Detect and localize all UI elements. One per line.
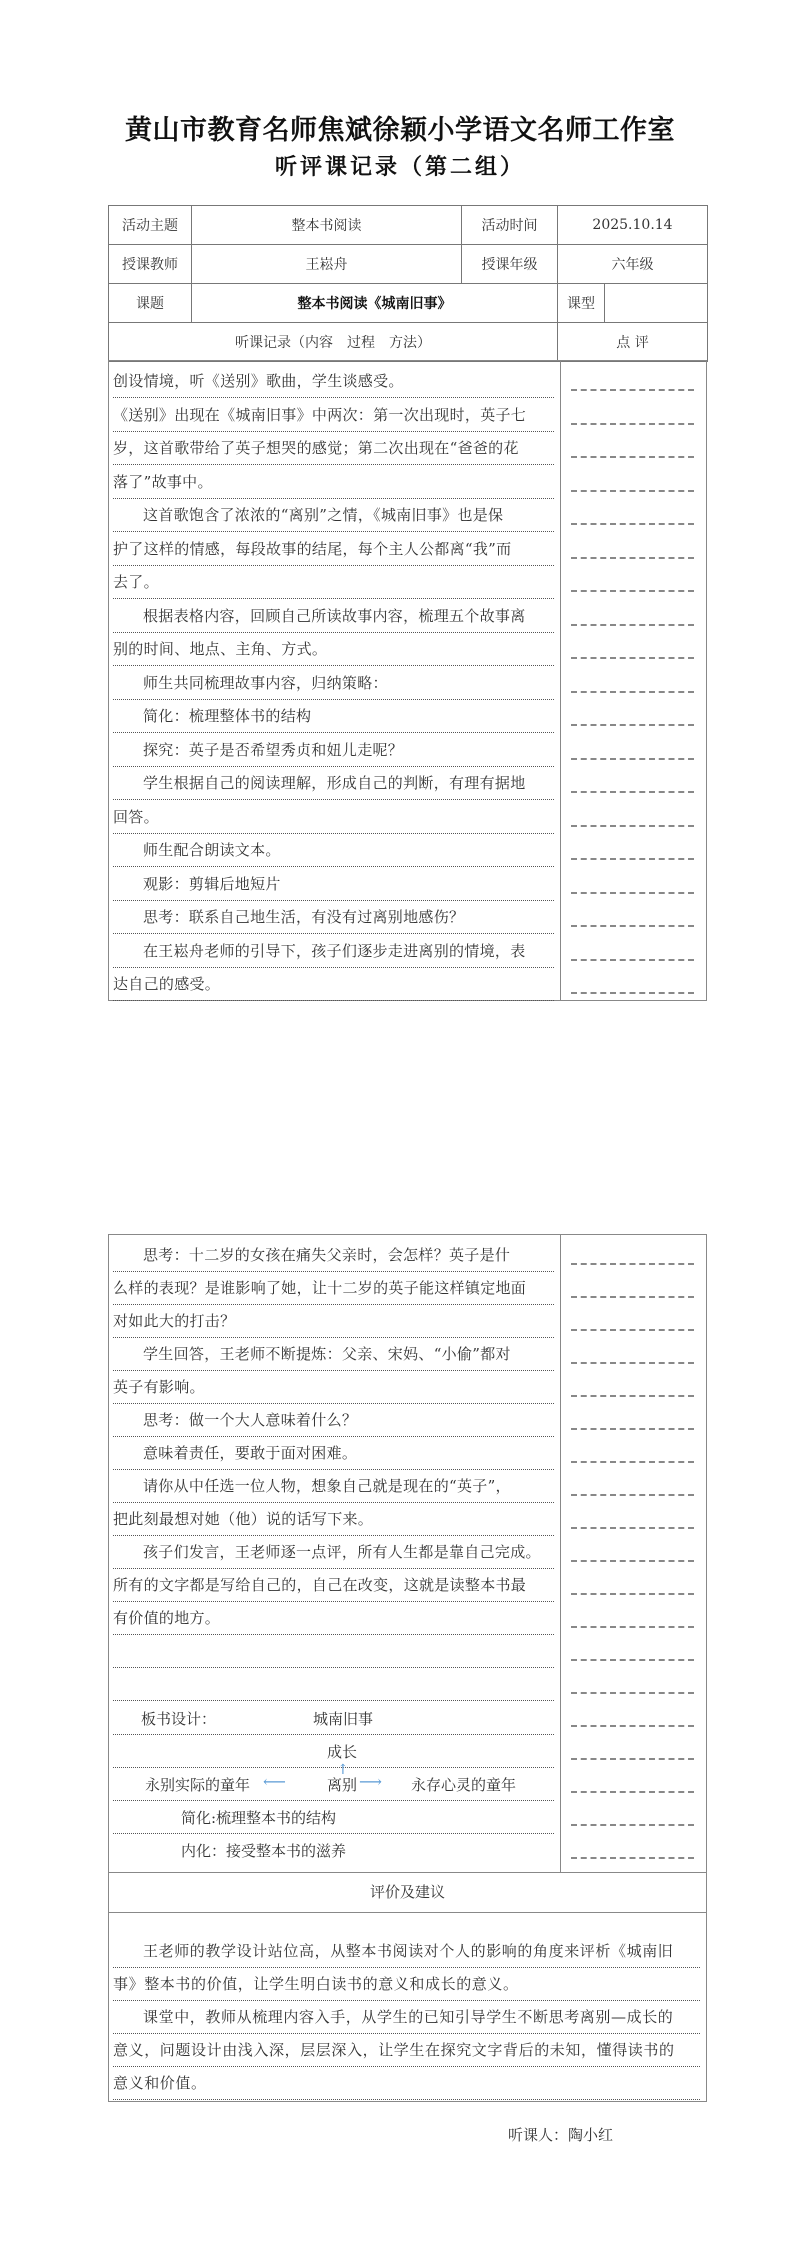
document-title: 黄山市教育名师焦斌徐颖小学语文名师工作室 [0, 108, 800, 147]
comment-blank-line [571, 1428, 694, 1430]
comment-blank-line [571, 1692, 694, 1694]
record-line [113, 1668, 554, 1701]
comment-blank-line [571, 523, 694, 525]
type-value [605, 284, 708, 323]
record-line: 把此刻最想对她（他）说的话写下来。 [113, 1503, 554, 1536]
arrow-right-icon: ⟶ [359, 1772, 382, 1791]
record-line: 师生共同梳理故事内容，归纳策略： [113, 667, 554, 700]
record-line: 师生配合朗读文本。 [113, 834, 554, 867]
board-design-line-internalize: 内化：接受整本书的滋养 [113, 1834, 554, 1867]
comment-blank-line [571, 892, 694, 894]
board-design-internalize: 内化：接受整本书的滋养 [181, 1840, 346, 1861]
board-design-line-separation: ↑ 永别实际的童年 ⟵ 离别 ⟶ 永存心灵的童年 [113, 1768, 554, 1801]
record-line: 么样的表现？是谁影响了她，让十二岁的英子能这样镇定地面 [113, 1272, 554, 1305]
evaluation-line: 意义，问题设计由浅入深，层层深入，让学生在探究文字背后的未知，懂得读书的 [113, 2034, 700, 2067]
comment-blank-line [571, 1725, 694, 1727]
comment-blank-line [571, 1494, 694, 1496]
board-design-growth: 成长 [327, 1741, 357, 1762]
info-row-teacher: 授课教师 王崧舟 授课年级 六年级 [109, 245, 708, 284]
record-line: 观影：剪辑后地短片 [113, 868, 554, 901]
comment-blank-line [571, 490, 694, 492]
comment-blank-line [571, 1527, 694, 1529]
grade-value: 六年级 [558, 245, 708, 284]
arrow-left-icon: ⟵ [263, 1772, 286, 1791]
comment-blank-line [571, 1362, 694, 1364]
record-line: 创设情境，听《送别》歌曲，学生谈感受。 [113, 365, 554, 398]
comment-blank-line [571, 389, 694, 391]
record-line: 学生根据自己的阅读理解，形成自己的判断，有理有据地 [113, 767, 554, 800]
record-content-column: 板书设计： 城南旧事 成长 ↑ 永别实际的童年 ⟵ 离别 ⟶ 永存心灵的童年 简… [109, 1235, 561, 1872]
record-line: 所有的文字都是写给自己的，自己在改变，这就是读整本书最 [113, 1569, 554, 1602]
comment-blank-line [571, 1857, 694, 1859]
activity-theme-value: 整本书阅读 [192, 206, 462, 245]
comment-blank-line [571, 456, 694, 458]
board-design-line-growth: 成长 [113, 1735, 554, 1768]
record-line: 落了”故事中。 [113, 466, 554, 499]
comment-column [561, 361, 706, 1000]
comment-blank-line [571, 590, 694, 592]
comment-blank-line [571, 1824, 694, 1826]
type-label: 课型 [558, 284, 605, 323]
info-row-activity: 活动主题 整本书阅读 活动时间 2025.10.14 [109, 206, 708, 245]
comment-column [561, 1235, 706, 1872]
board-design-right: 永存心灵的童年 [411, 1774, 516, 1795]
record-content-column: 创设情境，听《送别》歌曲，学生谈感受。《送别》出现在《城南旧事》中两次：第一次出… [109, 361, 561, 1000]
comment-blank-line [571, 1395, 694, 1397]
comment-blank-line [571, 1593, 694, 1595]
record-line: 岁，这首歌带给了英子想哭的感觉；第二次出现在“爸爸的花 [113, 432, 554, 465]
board-design-left: 永别实际的童年 [145, 1774, 250, 1795]
evaluation-line: 王老师的教学设计站位高，从整本书阅读对个人的影响的角度来评析《城南旧 [113, 1935, 700, 1968]
board-design-title: 城南旧事 [313, 1708, 373, 1729]
record-section-page1: 创设情境，听《送别》歌曲，学生谈感受。《送别》出现在《城南旧事》中两次：第一次出… [108, 360, 707, 1001]
record-line: 根据表格内容，回顾自己所读故事内容，梳理五个故事离 [113, 600, 554, 633]
record-line: 英子有影响。 [113, 1371, 554, 1404]
board-design-line-title: 板书设计： 城南旧事 [113, 1702, 554, 1735]
comment-blank-line [571, 1296, 694, 1298]
comment-blank-line [571, 691, 694, 693]
comment-blank-line [571, 1758, 694, 1760]
document-subtitle: 听评课记录（第二组） [0, 150, 800, 181]
comment-blank-line [571, 1263, 694, 1265]
comment-blank-line [571, 423, 694, 425]
comment-blank-line [571, 1791, 694, 1793]
record-line: 思考：十二岁的女孩在痛失父亲时，会怎样？英子是什 [113, 1239, 554, 1272]
record-line: 请你从中任选一位人物，想象自己就是现在的“英子”， [113, 1470, 554, 1503]
board-design-simplify: 简化:梳理整本书的结构 [181, 1807, 336, 1828]
board-design-label: 板书设计： [141, 1708, 216, 1729]
record-line: 达自己的感受。 [113, 968, 554, 1001]
comment-blank-line [571, 758, 694, 760]
board-design-center: 离别 [327, 1774, 357, 1795]
grade-label: 授课年级 [462, 245, 558, 284]
teacher-label: 授课教师 [109, 245, 192, 284]
record-line: 护了这样的情感，每段故事的结尾，每个主人公都离“我”而 [113, 533, 554, 566]
comment-blank-line [571, 1329, 694, 1331]
comment-blank-line [571, 925, 694, 927]
comment-blank-line [571, 858, 694, 860]
record-line: 《送别》出现在《城南旧事》中两次：第一次出现时，英子七 [113, 399, 554, 432]
comment-header: 点 评 [558, 323, 708, 362]
observer-signature: 听课人：陶小红 [508, 2124, 613, 2145]
info-row-topic: 课题 整本书阅读《城南旧事》 课型 [109, 284, 708, 323]
comment-blank-line [571, 1659, 694, 1661]
info-row-headers: 听课记录（内容 过程 方法） 点 评 [109, 323, 708, 362]
evaluation-line: 课堂中，教师从梳理内容入手，从学生的已知引导学生不断思考离别—成长的 [113, 2001, 700, 2034]
board-design-line-simplify: 简化:梳理整本书的结构 [113, 1801, 554, 1834]
record-header: 听课记录（内容 过程 方法） [109, 323, 558, 362]
record-line: 有价值的地方。 [113, 1602, 554, 1635]
evaluation-header: 评价及建议 [108, 1872, 707, 1912]
record-line: 学生回答，王老师不断提炼：父亲、宋妈、“小偷”都对 [113, 1338, 554, 1371]
activity-theme-label: 活动主题 [109, 206, 192, 245]
record-line [113, 1635, 554, 1668]
record-line: 思考：联系自己地生活，有没有过离别地感伤？ [113, 901, 554, 934]
evaluation-line: 事》整本书的价值，让学生明白读书的意义和成长的意义。 [113, 1968, 700, 2001]
comment-blank-line [571, 825, 694, 827]
record-line: 简化：梳理整体书的结构 [113, 700, 554, 733]
teacher-value: 王崧舟 [192, 245, 462, 284]
record-line: 这首歌饱含了浓浓的“离别”之情，《城南旧事》也是保 [113, 499, 554, 532]
record-line: 去了。 [113, 566, 554, 599]
comment-blank-line [571, 1626, 694, 1628]
comment-blank-line [571, 724, 694, 726]
comment-blank-line [571, 992, 694, 994]
comment-blank-line [571, 557, 694, 559]
comment-blank-line [571, 791, 694, 793]
comment-blank-line [571, 1461, 694, 1463]
record-line: 探究：英子是否希望秀贞和妞儿走呢？ [113, 734, 554, 767]
topic-label: 课题 [109, 284, 192, 323]
record-line: 别的时间、地点、主角、方式。 [113, 633, 554, 666]
topic-value: 整本书阅读《城南旧事》 [192, 284, 558, 323]
record-line: 回答。 [113, 801, 554, 834]
evaluation-body: 王老师的教学设计站位高，从整本书阅读对个人的影响的角度来评析《城南旧事》整本书的… [108, 1912, 707, 2102]
comment-blank-line [571, 959, 694, 961]
comment-blank-line [571, 624, 694, 626]
comment-blank-line [571, 657, 694, 659]
record-line: 在王崧舟老师的引导下，孩子们逐步走进离别的情境，表 [113, 935, 554, 968]
record-line: 思考：做一个大人意味着什么？ [113, 1404, 554, 1437]
info-table: 活动主题 整本书阅读 活动时间 2025.10.14 授课教师 王崧舟 授课年级… [108, 205, 708, 362]
activity-time-label: 活动时间 [462, 206, 558, 245]
record-section-page2: 板书设计： 城南旧事 成长 ↑ 永别实际的童年 ⟵ 离别 ⟶ 永存心灵的童年 简… [108, 1234, 707, 1873]
activity-time-value: 2025.10.14 [558, 206, 708, 245]
record-line: 意味着责任，要敢于面对困难。 [113, 1437, 554, 1470]
comment-blank-line [571, 1560, 694, 1562]
record-line: 对如此大的打击？ [113, 1305, 554, 1338]
record-line: 孩子们发言，王老师逐一点评，所有人生都是靠自己完成。 [113, 1536, 554, 1569]
evaluation-line: 意义和价值。 [113, 2067, 700, 2100]
